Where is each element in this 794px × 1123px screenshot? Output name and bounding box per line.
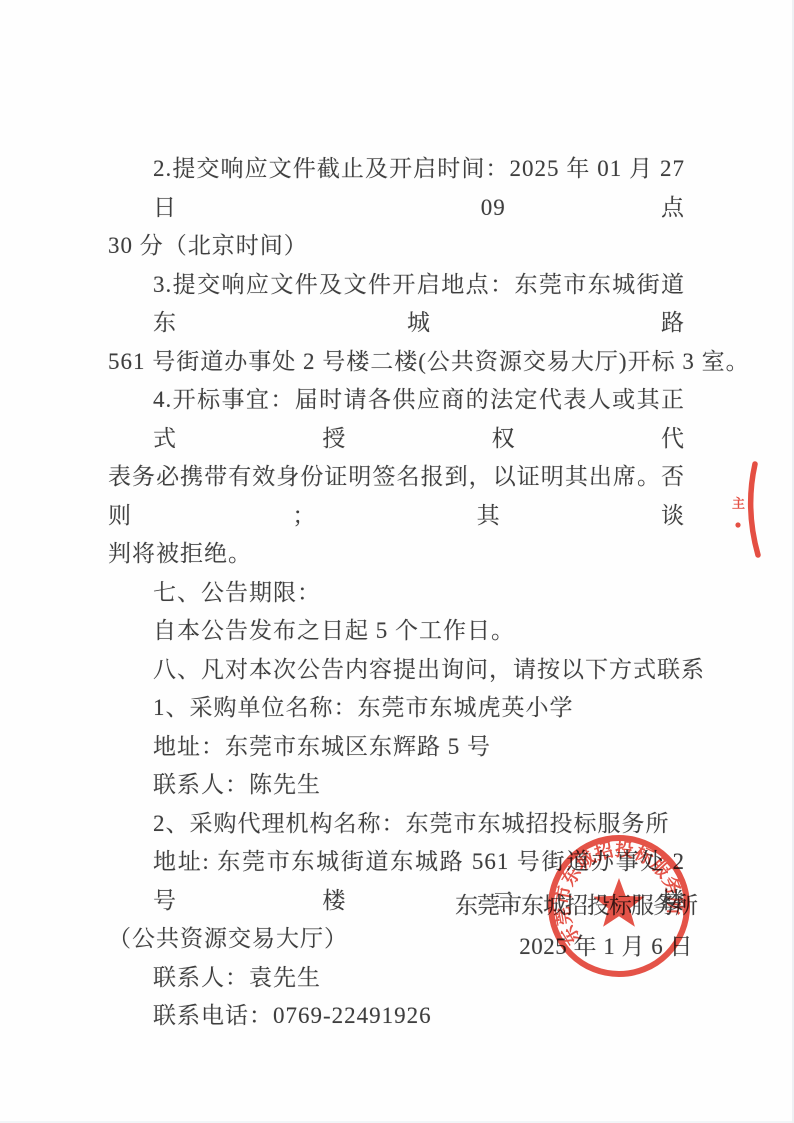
partial-stamp-glyph: 主: [732, 496, 745, 511]
partial-stamp: 主: [726, 452, 794, 572]
document-line: 2.提交响应文件截止及开启时间：2025 年 01 月 27 日 09 点: [108, 150, 685, 227]
document-line: 联系电话：0769-22491926: [108, 997, 685, 1036]
document-line: 七、公告期限：: [108, 574, 685, 613]
document-line: 判将被拒绝。: [108, 535, 685, 574]
document-line: 联系人：陈先生: [108, 766, 685, 805]
document-line: 1、采购单位名称：东莞市东城虎英小学: [108, 689, 685, 728]
document-line: 八、凡对本次公告内容提出询问，请按以下方式联系: [108, 651, 685, 690]
document-line: 表务必携带有效身份证明签名报到，以证明其出席。否则；其谈: [108, 458, 685, 535]
document-line: 561 号街道办事处 2 号楼二楼(公共资源交易大厅)开标 3 室。: [108, 343, 685, 382]
document-line: 自本公告发布之日起 5 个工作日。: [108, 612, 685, 651]
document-line: 4.开标事宜：届时请各供应商的法定代表人或其正式授权代: [108, 381, 685, 458]
document-line: 地址：东莞市东城区东辉路 5 号: [108, 728, 685, 767]
scanned-document-page: 2.提交响应文件截止及开启时间：2025 年 01 月 27 日 09 点30 …: [0, 0, 794, 1123]
star-icon: [593, 878, 644, 927]
partial-stamp-arc: [751, 464, 758, 555]
document-line: 3.提交响应文件及文件开启地点：东莞市东城街道东城路: [108, 266, 685, 343]
official-seal-stamp: 东莞市东城招投标服务所: [539, 826, 699, 986]
partial-stamp-dot: [735, 522, 740, 527]
document-line: 30 分（北京时间）: [108, 227, 685, 266]
